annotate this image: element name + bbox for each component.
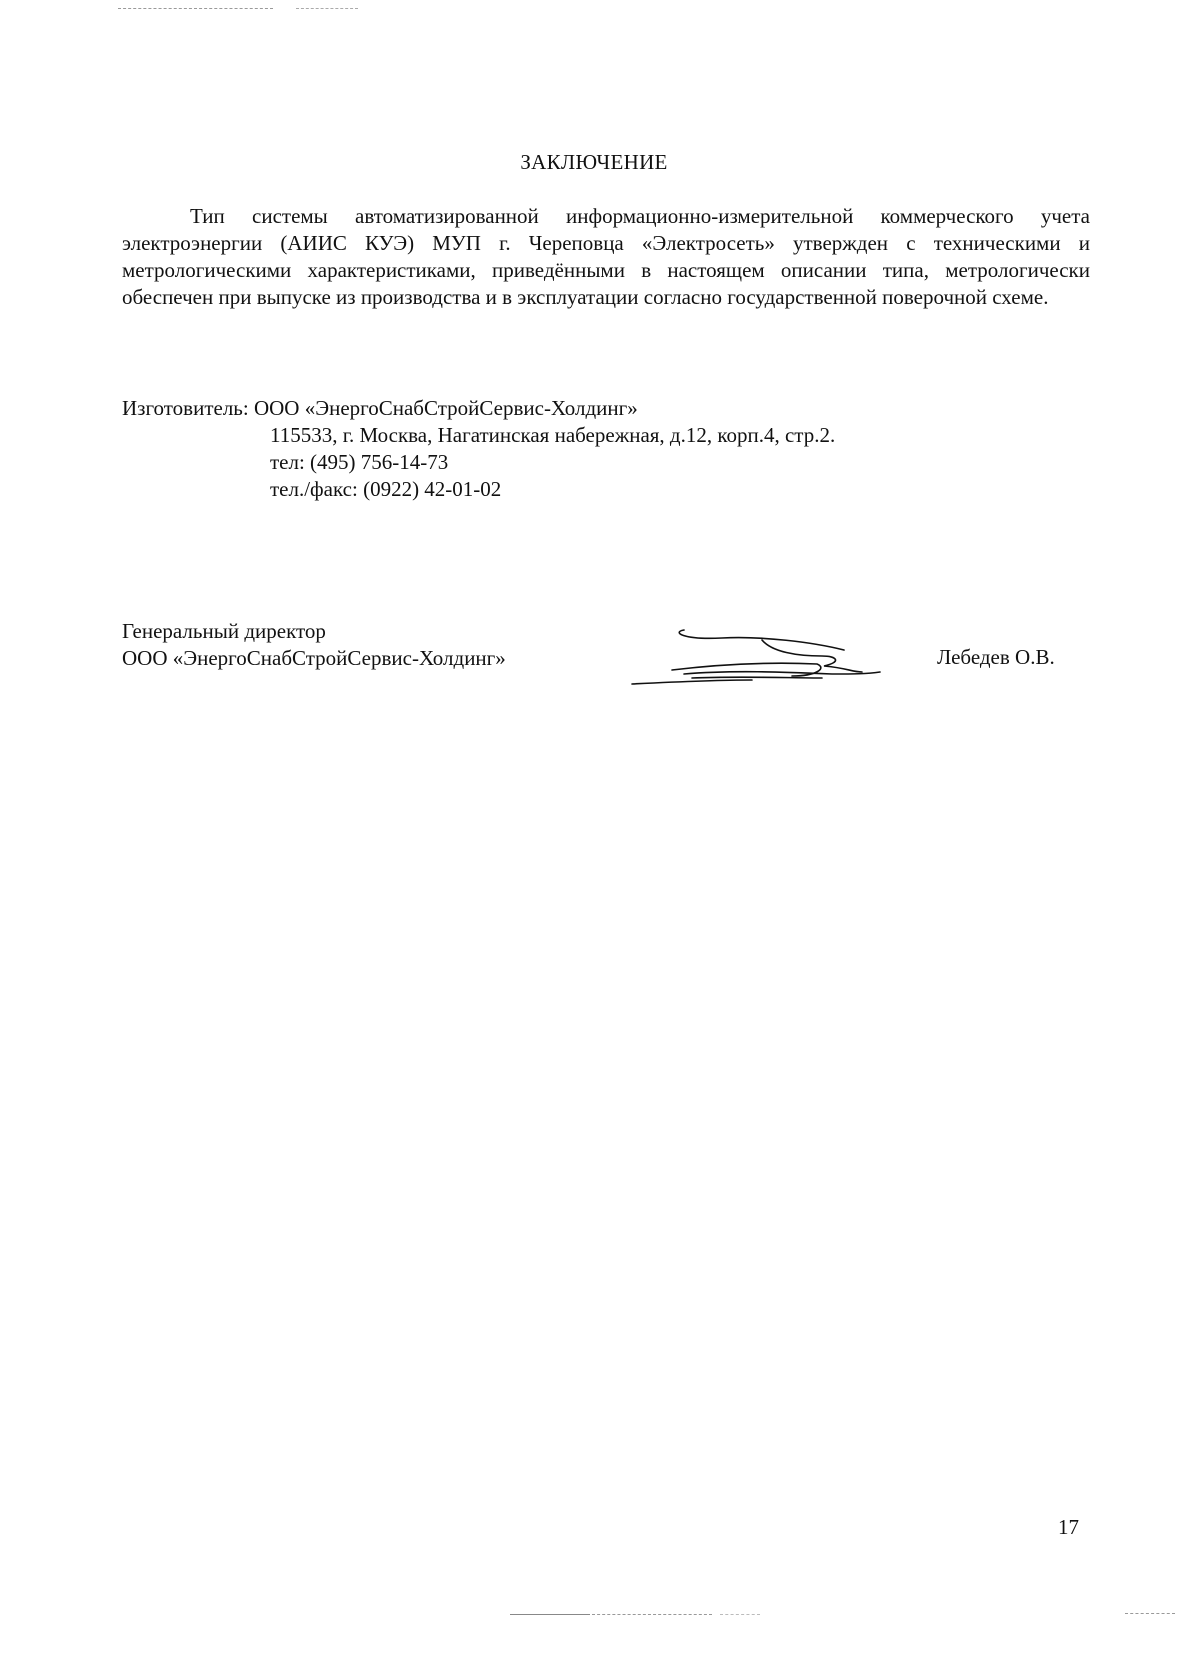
conclusion-text: Тип системы автоматизированной информаци… bbox=[122, 204, 1090, 309]
signature-position: Генеральный директор ООО «ЭнергоСнабСтро… bbox=[122, 618, 506, 672]
manufacturer-label: Изготовитель: bbox=[122, 396, 249, 420]
conclusion-paragraph: Тип системы автоматизированной информаци… bbox=[122, 203, 1090, 311]
manufacturer-fax: тел./факс: (0922) 42-01-02 bbox=[122, 476, 835, 503]
page-number: 17 bbox=[1058, 1515, 1079, 1540]
manufacturer-name: ООО «ЭнергоСнабСтройСервис-Холдинг» bbox=[254, 396, 638, 420]
signer-position: Генеральный директор bbox=[122, 618, 506, 645]
manufacturer-block: Изготовитель: ООО «ЭнергоСнабСтройСервис… bbox=[122, 395, 835, 503]
handwritten-signature-icon bbox=[612, 612, 892, 692]
signer-company: ООО «ЭнергоСнабСтройСервис-Холдинг» bbox=[122, 645, 506, 672]
manufacturer-address: 115533, г. Москва, Нагатинская набережна… bbox=[122, 422, 835, 449]
document-title: ЗАКЛЮЧЕНИЕ bbox=[0, 150, 1188, 175]
signer-name: Лебедев О.В. bbox=[937, 645, 1055, 670]
manufacturer-phone: тел: (495) 756-14-73 bbox=[122, 449, 835, 476]
